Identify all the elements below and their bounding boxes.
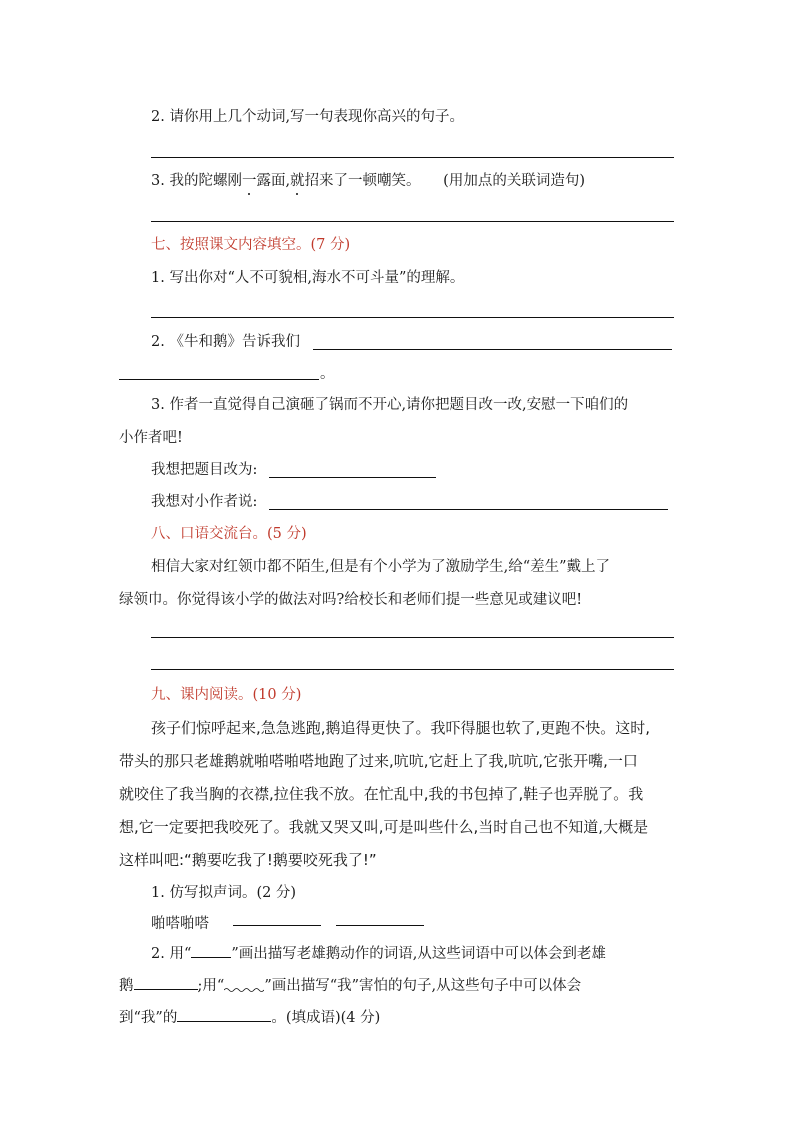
emphasis-dot-word: 一 (242, 173, 257, 189)
answer-line-6-3[interactable] (151, 221, 674, 222)
onomatopoeia-blank-2[interactable] (336, 925, 424, 926)
passage-line: 想,它一定要把我咬死了。我就又哭又叫,可是叫些什么,当时自己也不知道,大概是 (119, 817, 648, 837)
new-title-line[interactable] (269, 477, 436, 478)
section-8-text-line2: 绿领巾。你觉得该小学的做法对吗?给校长和老师们提一些意见或建议吧! (119, 590, 582, 610)
onomatopoeia-example: 啪嗒啪嗒 (151, 914, 209, 934)
title-change-prompt: 我想把题目改为: (151, 460, 257, 480)
passage-line: 孩子们惊呼起来,急急逃跑,鹅追得更快了。我吓得腿也软了,更跑不快。这时, (151, 718, 650, 738)
passage-line: 这样叫吧:“鹅要吃我了!鹅要咬死我了!” (119, 850, 377, 870)
emphasis-dot-word: 就 (290, 173, 305, 189)
answer-line-7-2a[interactable] (313, 349, 672, 350)
section-9-title: 九、课内阅读。(10 分) (151, 685, 301, 705)
straight-underline-sample (191, 943, 231, 958)
question-7-1: 1. 写出你对“人不可貌相,海水不可斗量”的理解。 (151, 268, 464, 288)
section-8-text-line1: 相信大家对红领巾都不陌生,但是有个小学为了激励学生,给“差生”戴上了 (151, 557, 610, 577)
answer-line-6-2[interactable] (151, 157, 674, 158)
question-hint: (用加点的关联词造句) (443, 173, 585, 189)
answer-line-7-2b[interactable] (119, 379, 319, 380)
answer-blank-goose-trait[interactable] (134, 975, 198, 990)
answer-blank-idiom[interactable] (177, 1007, 271, 1022)
wavy-underline-sample (224, 976, 264, 990)
question-6-3: 3. 我的陀螺刚一露面,就招来了一顿嘲笑。 (用加点的关联词造句) (151, 171, 585, 191)
passage-line: 带头的那只老雄鹅就啪嗒啪嗒地跑了过来,吭吭,它赶上了我,吭吭,它张开嘴,一口 (119, 751, 638, 771)
question-7-2: 2. 《牛和鹅》告诉我们 (151, 332, 300, 352)
passage-line: 就咬住了我当胸的衣襟,拉住我不放。在忙乱中,我的书包掉了,鞋子也弄脱了。我 (119, 784, 643, 804)
question-9-2-line2: 鹅;用“”画出描写“我”害怕的句子,从这些句子中可以体会 (119, 975, 581, 996)
answer-line-8-1[interactable] (151, 637, 674, 638)
onomatopoeia-blank-1[interactable] (233, 925, 321, 926)
question-9-1: 1. 仿写拟声词。(2 分) (151, 883, 296, 903)
question-9-2-line1: 2. 用“”画出描写老雄鹅动作的词语,从这些词语中可以体会到老雄 (151, 943, 606, 964)
period: 。 (320, 364, 335, 384)
question-6-2: 2. 请你用上几个动词,写一句表现你高兴的句子。 (151, 107, 464, 127)
section-7-title: 七、按照课文内容填空。(7 分) (151, 235, 350, 255)
question-7-3-line2: 小作者吧! (119, 428, 183, 448)
say-to-author-line[interactable] (269, 509, 668, 510)
say-to-author-prompt: 我想对小作者说: (151, 492, 257, 512)
question-7-3-line1: 3. 作者一直觉得自己演砸了锅而不开心,请你把题目改一改,安慰一下咱们的 (151, 395, 628, 415)
question-9-2-line3: 到“我”的。(填成语)(4 分) (119, 1007, 380, 1028)
answer-line-7-1[interactable] (151, 317, 674, 318)
section-8-title: 八、口语交流台。(5 分) (151, 524, 307, 544)
answer-line-8-2[interactable] (151, 669, 674, 670)
